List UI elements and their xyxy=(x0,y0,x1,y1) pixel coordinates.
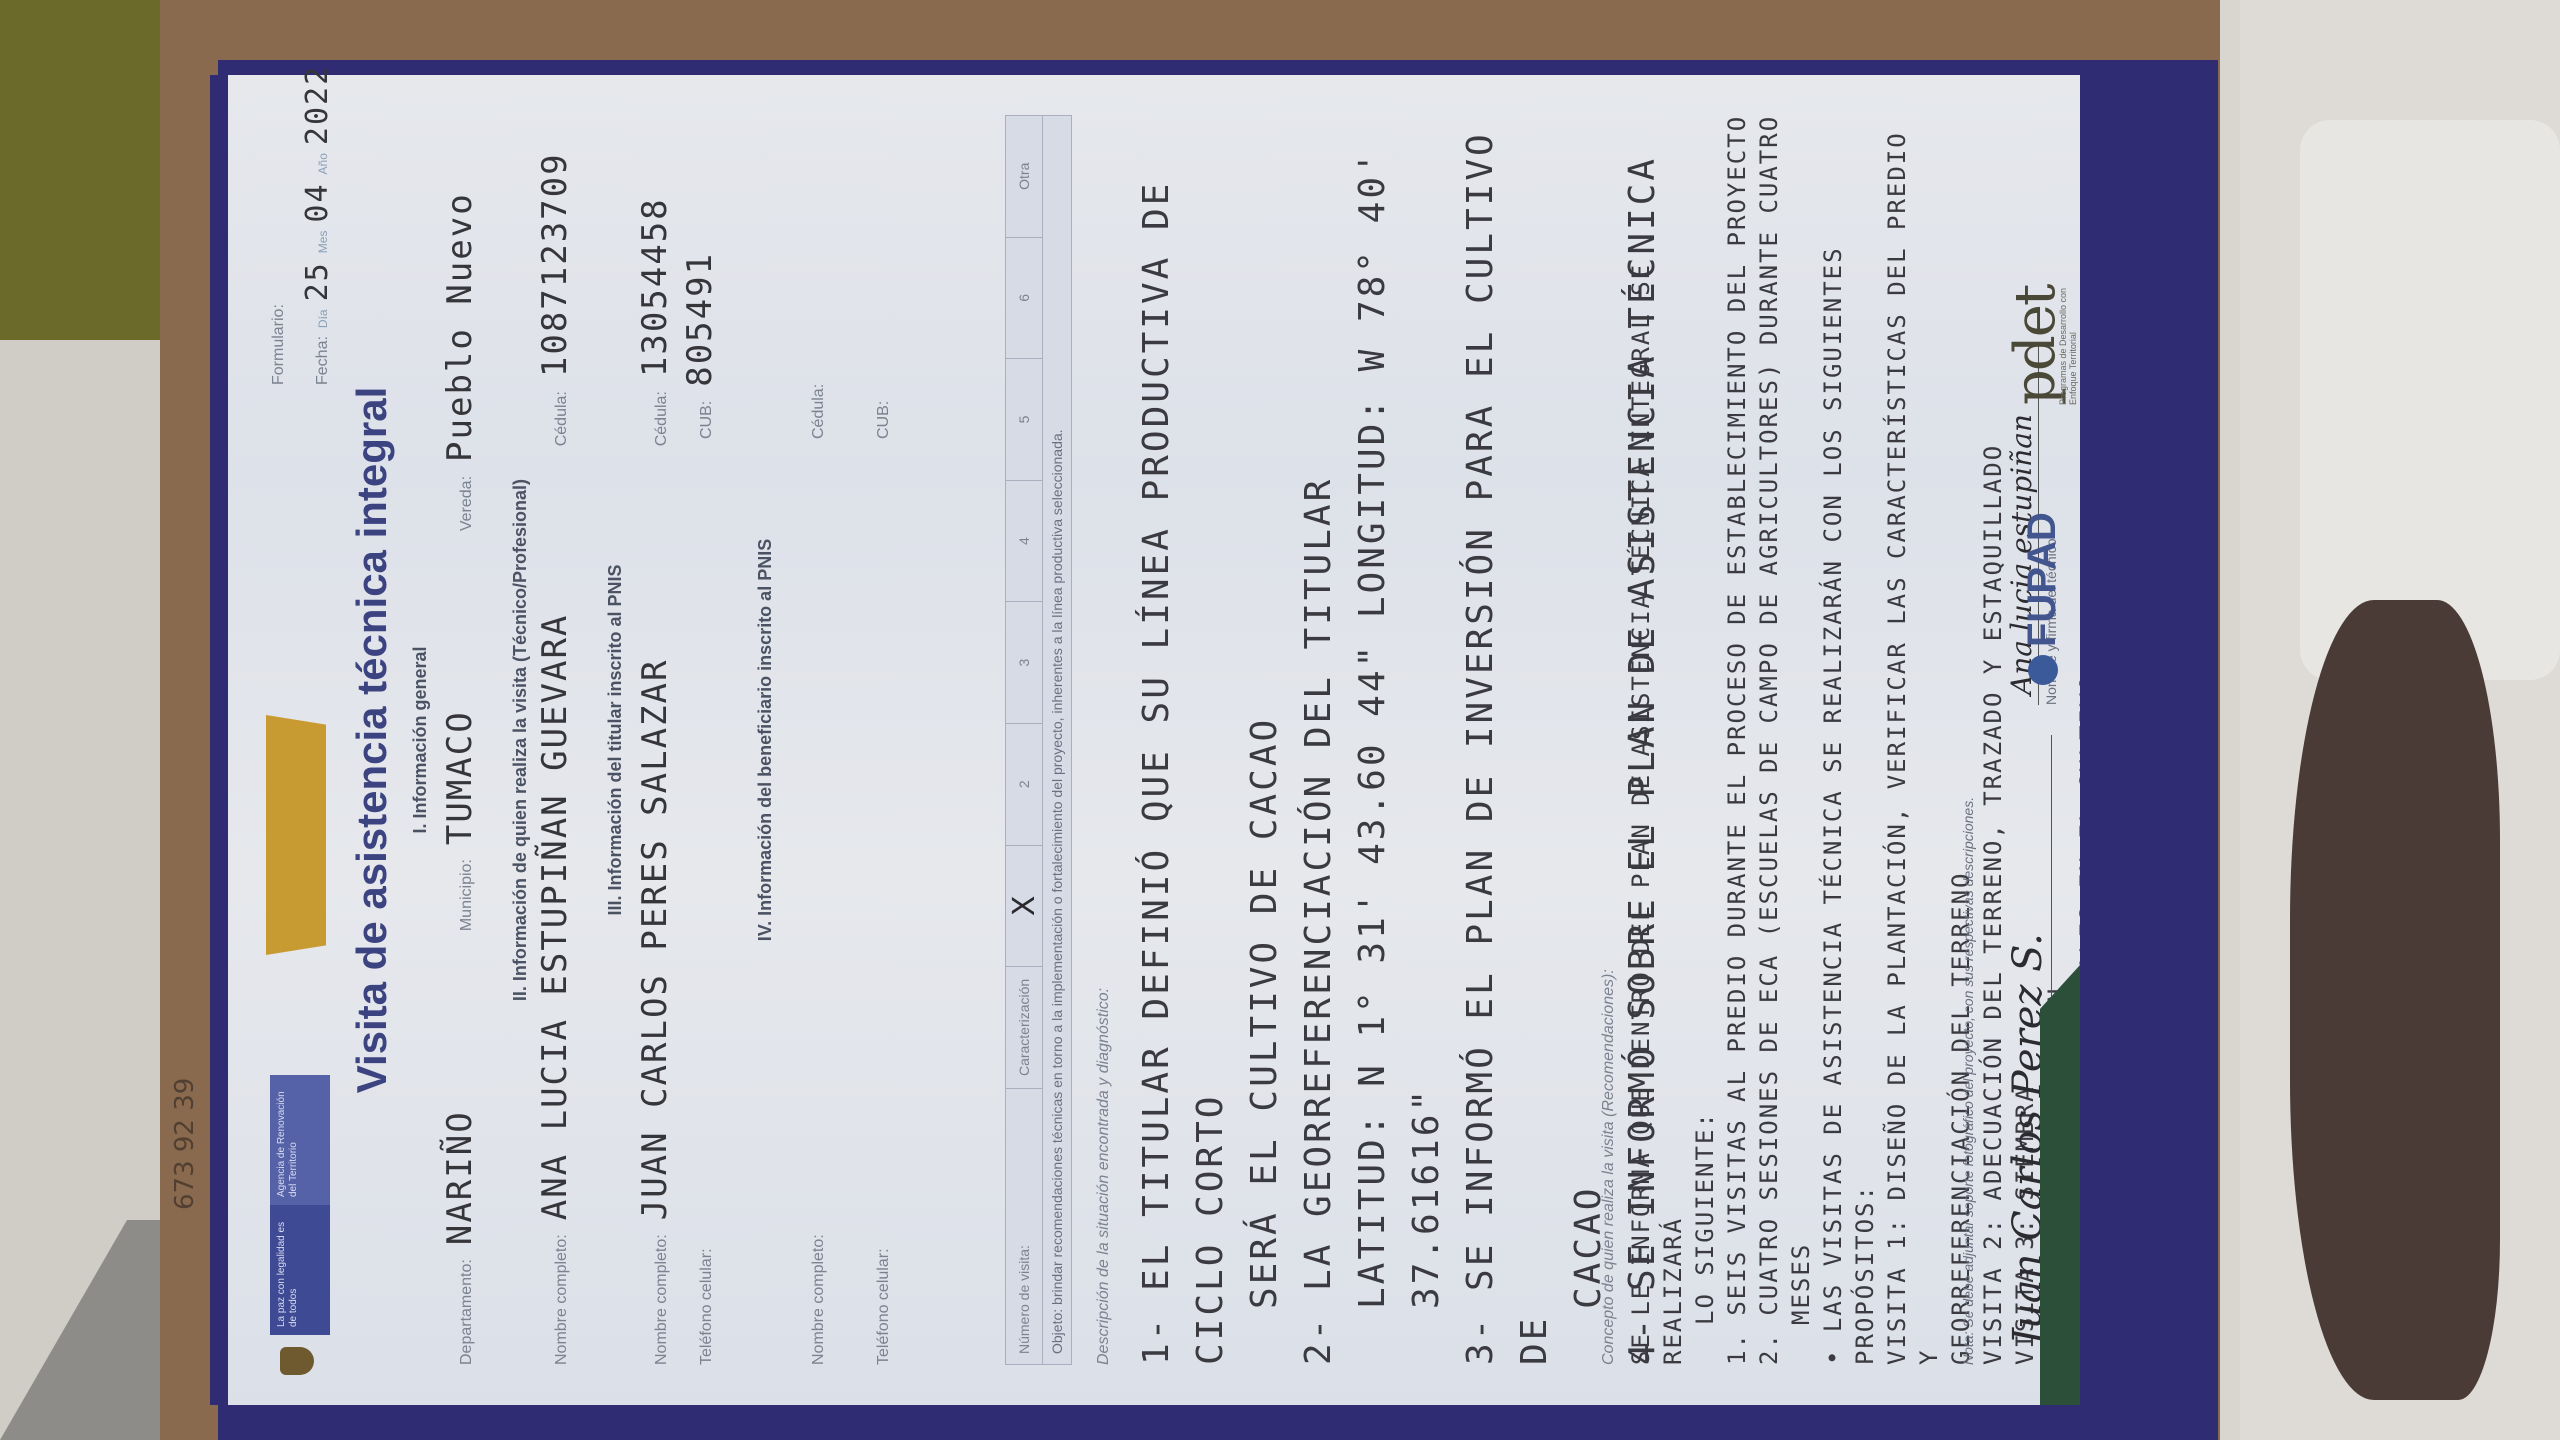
mes-label: Mes xyxy=(316,231,330,254)
gold-logo xyxy=(266,715,326,955)
titular-nombre-value: JUAN CARLOS PERES SALAZAR xyxy=(635,460,675,1220)
description-content: 1- El titular definió que su línea produ… xyxy=(1130,105,1670,1365)
government-logo: La paz con legalidad es de todos Agencia… xyxy=(270,1075,330,1335)
logo-text-1: La paz con legalidad es de todos xyxy=(270,1205,330,1335)
visit-number-cells: Número de visita: CaracterizaciónX23456O… xyxy=(1006,116,1043,1364)
visit-number-label: Número de visita: xyxy=(1006,1088,1042,1364)
formulario-label: Formulario: xyxy=(270,304,288,385)
date-field: Fecha: Día 25 Mes 04 Año 2022 xyxy=(300,65,335,385)
beneficiario-telefono-label: Teléfono celular: xyxy=(875,453,893,1365)
photo-note: Nota: Se debe adjuntar soporte fotográfi… xyxy=(1960,797,1976,1365)
section-3-row-2: Teléfono celular: CUB: 805491 xyxy=(680,115,720,1365)
description-line: 3- Se informó el plan de inversión para … xyxy=(1454,105,1562,1365)
visit-cell-label: Otra xyxy=(1016,163,1032,190)
background-cloth-fold xyxy=(2300,120,2560,680)
visit-cell-label: 2 xyxy=(1016,780,1032,788)
fecha-label: Fecha: xyxy=(314,336,332,385)
titular-cedula-label: Cédula: xyxy=(653,391,671,446)
tecnico-nombre-value: ANA LUCIA ESTUPIÑAN GUEVARA xyxy=(535,460,575,1220)
ano-value: 2022 xyxy=(300,65,335,145)
titular-cub-value: 805491 xyxy=(680,252,720,387)
vereda-value: Pueblo Nuevo xyxy=(440,192,480,462)
concept-line: • Las visitas de asistencia técnica se r… xyxy=(1817,105,1881,1365)
visit-checkmark: X xyxy=(1007,896,1042,917)
visit-cell-otra[interactable]: Otra xyxy=(1006,116,1042,237)
pdet-subtitle: Programas de Desarrollo con Enfoque Terr… xyxy=(2058,265,2078,405)
visit-number-table: Número de visita: CaracterizaciónX23456O… xyxy=(1005,115,1072,1365)
dia-label: Día xyxy=(316,309,330,328)
footer-green-band xyxy=(2040,965,2080,1405)
titular-telefono-label: Teléfono celular: xyxy=(698,453,716,1365)
description-line: será el cultivo de cacao xyxy=(1238,105,1292,1365)
description-line: 1- El titular definió que su línea produ… xyxy=(1130,105,1238,1365)
titular-cub-label: CUB: xyxy=(698,401,716,439)
section-4-row-2: Teléfono celular: CUB: xyxy=(875,115,893,1365)
visit-cell-1[interactable]: X xyxy=(1006,845,1042,967)
beneficiario-cub-label: CUB: xyxy=(875,401,893,439)
visit-cell-label: Caracterización xyxy=(1016,979,1032,1076)
visit-cell-6[interactable]: 6 xyxy=(1006,237,1042,359)
concept-line: Visita 1: Diseño de la plantación, verif… xyxy=(1881,105,1945,1365)
section-2-row: Nombre completo: ANA LUCIA ESTUPIÑAN GUE… xyxy=(535,115,575,1365)
municipio-label: Municipio: xyxy=(458,859,476,931)
section-3-title: III. Información del titular inscrito al… xyxy=(605,75,626,1405)
tecnico-cedula-label: Cédula: xyxy=(553,391,571,446)
visit-cell-5[interactable]: 5 xyxy=(1006,358,1042,480)
section-4-title: IV. Información del beneficiario inscrit… xyxy=(755,75,776,1405)
visit-cell-label: 3 xyxy=(1016,659,1032,667)
colombia-shield-icon xyxy=(280,1347,314,1375)
beneficiario-cedula-label: Cédula: xyxy=(810,384,828,439)
section-3-row: Nombre completo: JUAN CARLOS PERES SALAZ… xyxy=(635,115,675,1365)
tecnico-nombre-label: Nombre completo: xyxy=(553,1234,571,1365)
visit-cell-4[interactable]: 4 xyxy=(1006,480,1042,602)
globe-icon xyxy=(2028,655,2058,685)
visit-cell-label: 4 xyxy=(1016,537,1032,545)
mes-value: 04 xyxy=(300,182,335,222)
concept-line: Se le informa que dentro del plan de asi… xyxy=(1625,105,1689,1365)
departamento-value: NARIÑO xyxy=(440,945,480,1245)
form-top-bar xyxy=(210,75,228,1405)
ano-label: Año xyxy=(316,153,330,174)
beneficiario-nombre-label: Nombre completo: xyxy=(810,453,828,1365)
departamento-label: Departamento: xyxy=(458,1259,476,1365)
description-line: Latitud: N 1° 31' 43.60 44" Longitud: W … xyxy=(1346,105,1454,1365)
visit-cell-2[interactable]: 2 xyxy=(1006,723,1042,845)
form-title: Visita de asistencia técnica integral xyxy=(348,75,396,1405)
section-1-row: Departamento: NARIÑO Municipio: TUMACO V… xyxy=(440,115,480,1365)
concept-line: 1. Seis visitas al predio durante el pro… xyxy=(1721,105,1753,1365)
fupad-logo: FUPAD xyxy=(2020,512,2065,685)
photo-stage: 673 92 39 La paz con legalidad es de tod… xyxy=(0,0,2560,1440)
municipio-value: TUMACO xyxy=(440,545,480,845)
section-4-row: Nombre completo: Cédula: xyxy=(810,115,828,1365)
concept-line: lo siguiente: xyxy=(1689,105,1721,1365)
visit-cell-label: 6 xyxy=(1016,294,1032,302)
concept-line: 2. Cuatro sesiones de ECA (escuelas de c… xyxy=(1753,105,1785,1365)
fupad-text: FUPAD xyxy=(2020,512,2065,647)
visit-cell-3[interactable]: 3 xyxy=(1006,601,1042,723)
concept-label: Concepto de quien realiza la visita (Rec… xyxy=(1600,969,1618,1365)
vereda-label: Vereda: xyxy=(458,476,476,531)
technical-assistance-form: La paz con legalidad es de todos Agencia… xyxy=(210,75,2140,1405)
objective-text: Objeto: brindar recomendaciones técnicas… xyxy=(1043,116,1071,1364)
section-1-title: I. Información general xyxy=(410,75,431,1405)
titular-nombre-label: Nombre completo: xyxy=(653,1234,671,1365)
dia-value: 25 xyxy=(300,261,335,301)
titular-cedula-value: 13054458 xyxy=(635,197,675,377)
footer-band xyxy=(2080,75,2140,1405)
tecnico-cedula-value: 1087123709 xyxy=(535,152,575,377)
section-2-title: II. Información de quien realiza la visi… xyxy=(510,75,531,1405)
visit-cell-label: 5 xyxy=(1016,416,1032,424)
description-label: Descripción de la situación encontrada y… xyxy=(1095,988,1113,1365)
concept-line: meses xyxy=(1785,105,1817,1365)
description-line: 2- La georreferenciación del titular xyxy=(1292,105,1346,1365)
logo-text-2: Agencia de Renovación del Territorio xyxy=(270,1075,330,1205)
background-cloth-shadow xyxy=(2290,600,2500,1400)
visit-cell-caracterización[interactable]: Caracterización xyxy=(1006,966,1042,1088)
